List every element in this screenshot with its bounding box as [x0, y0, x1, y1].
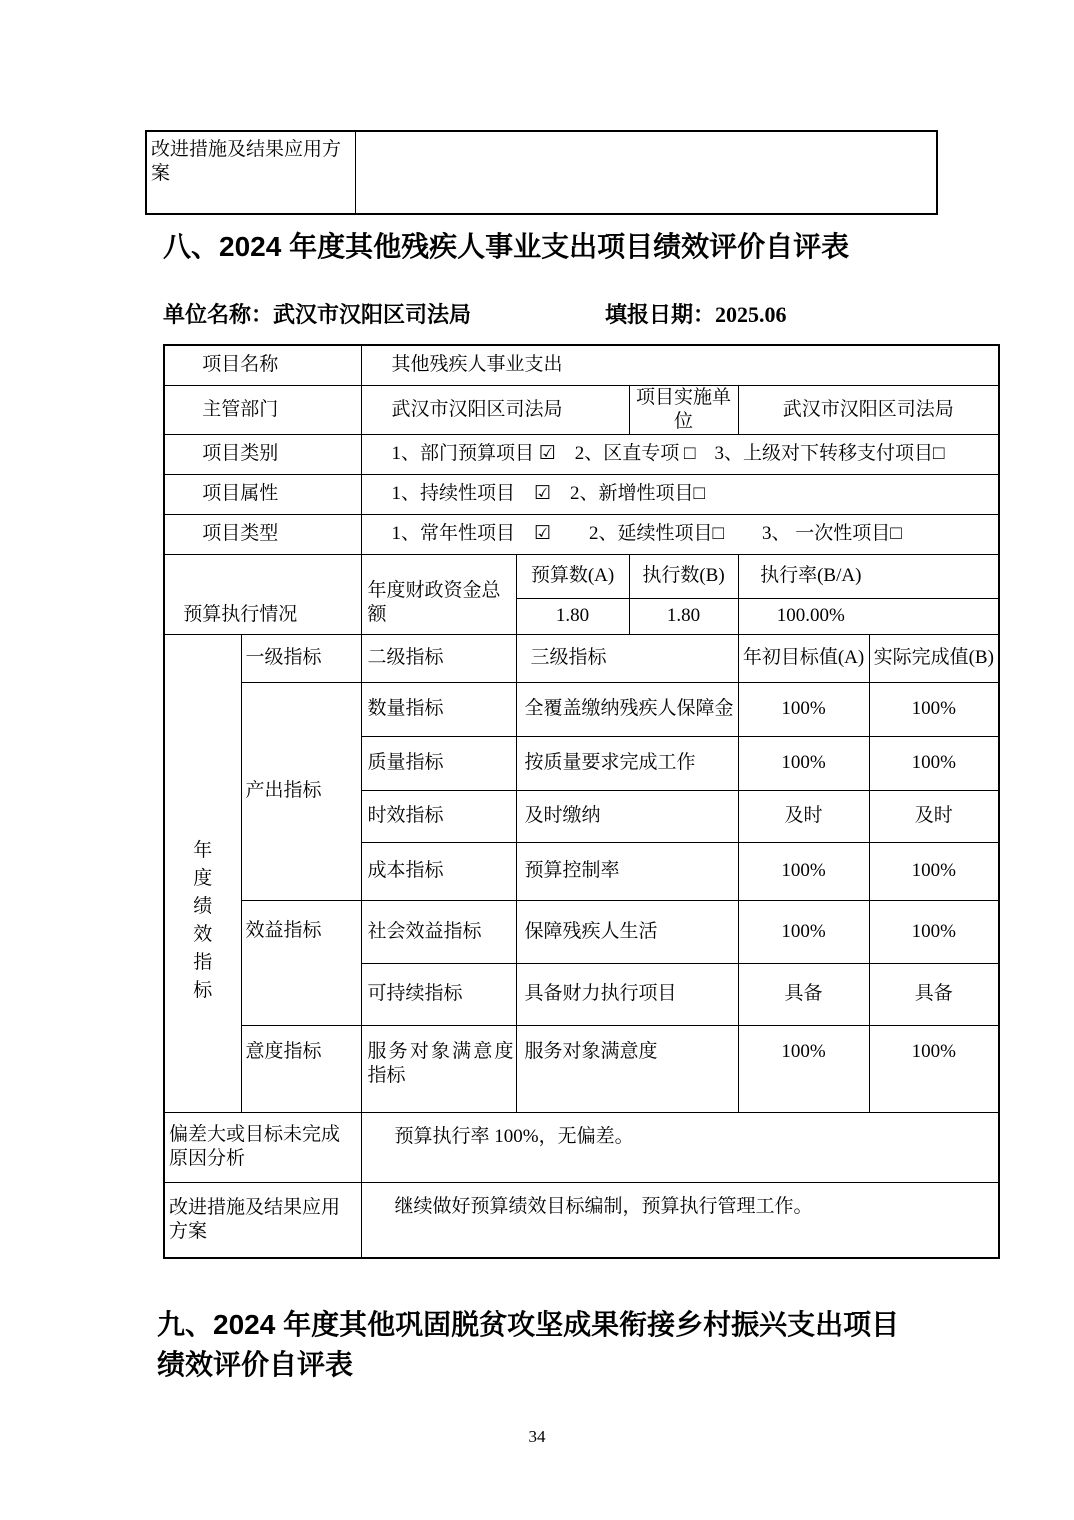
budget-value: 1.80 — [516, 598, 629, 634]
indicator-row: 效益指标 社会效益指标 保障残疾人生活 100% 100% — [164, 900, 999, 963]
impl-unit-value: 武汉市汉阳区司法局 — [738, 385, 999, 434]
row-attribute: 项目属性 1、持续性项目 ☑ 2、新增性项目□ — [164, 474, 999, 514]
evaluation-table: 项目名称 其他残疾人事业支出 主管部门 武汉市汉阳区司法局 项目实施单位 武汉市… — [163, 344, 1000, 1259]
impl-unit-label: 项目实施单位 — [629, 385, 738, 434]
indicator-target: 100% — [738, 736, 869, 790]
row-indicator-header: 年度绩效指标 一级指标 二级指标 三级指标 年初目标值(A) 实际完成值(B) — [164, 634, 999, 682]
budget-total-label: 年度财政资金总额 — [361, 554, 516, 634]
project-name-value: 其他残疾人事业支出 — [361, 345, 999, 385]
report-date: 填报日期：2025.06 — [605, 301, 787, 329]
indicator-l3: 保障残疾人生活 — [516, 900, 738, 963]
row-dept: 主管部门 武汉市汉阳区司法局 项目实施单位 武汉市汉阳区司法局 — [164, 385, 999, 434]
indicator-target: 100% — [738, 900, 869, 963]
improvement-label-prev: 改进措施及结果应用方案 — [146, 131, 356, 214]
indicator-l2: 数量指标 — [361, 682, 516, 736]
improvement-value: 继续做好预算绩效目标编制，预算执行管理工作。 — [361, 1182, 999, 1258]
improvement-label: 改进措施及结果应用方案 — [164, 1182, 361, 1258]
group-satisfaction: 意度指标 — [241, 1025, 361, 1112]
row-project-name: 项目名称 其他残疾人事业支出 — [164, 345, 999, 385]
indicator-row: 产出指标 数量指标 全覆盖缴纳残疾人保障金 100% 100% — [164, 682, 999, 736]
indicator-actual: 具备 — [869, 963, 999, 1025]
attribute-label: 项目属性 — [164, 474, 361, 514]
section-heading-9: 九、2024 年度其他巩固脱贫攻坚成果衔接乡村振兴支出项目 绩效评价自评表 — [157, 1305, 957, 1385]
indicator-actual: 100% — [869, 1025, 999, 1112]
indicator-actual: 100% — [869, 842, 999, 900]
target-header: 年初目标值(A) — [738, 634, 869, 682]
indicator-actual: 100% — [869, 736, 999, 790]
indicator-target: 及时 — [738, 790, 869, 842]
page-number: 34 — [0, 1427, 1074, 1447]
group-benefit: 效益指标 — [241, 900, 361, 1025]
indicator-actual: 100% — [869, 682, 999, 736]
row-budget-header: 预算执行情况 年度财政资金总额 预算数(A) 执行数(B) 执行率(B/A) — [164, 554, 999, 598]
table-row: 改进措施及结果应用方案 — [146, 131, 937, 214]
indicator-l2: 质量指标 — [361, 736, 516, 790]
dept-value: 武汉市汉阳区司法局 — [361, 385, 629, 434]
group-output: 产出指标 — [241, 682, 361, 900]
indicator-target: 具备 — [738, 963, 869, 1025]
indicator-l3: 服务对象满意度 — [516, 1025, 738, 1112]
indicator-l2: 时效指标 — [361, 790, 516, 842]
indicator-row: 意度指标 服务对象满意度指标 服务对象满意度 100% 100% — [164, 1025, 999, 1112]
indicator-actual: 及时 — [869, 790, 999, 842]
document-page: { "prev_table": { "label": "改进措施及结果应用方案"… — [0, 0, 1074, 1520]
row-improvement: 改进措施及结果应用方案 继续做好预算绩效目标编制，预算执行管理工作。 — [164, 1182, 999, 1258]
category-options: 1、部门预算项目 ☑ 2、区直专项 □ 3、上级对下转移支付项目□ — [361, 434, 999, 474]
indicator-l3: 及时缴纳 — [516, 790, 738, 842]
deviation-label: 偏差大或目标未完成原因分析 — [164, 1112, 361, 1182]
level2-header: 二级指标 — [361, 634, 516, 682]
rate-col-header: 执行率(B/A) — [738, 554, 999, 598]
actual-header: 实际完成值(B) — [869, 634, 999, 682]
indicator-l2: 成本指标 — [361, 842, 516, 900]
indicator-l3: 具备财力执行项目 — [516, 963, 738, 1025]
rate-value: 100.00% — [738, 598, 999, 634]
attribute-options: 1、持续性项目 ☑ 2、新增性项目□ — [361, 474, 999, 514]
indicator-target: 100% — [738, 842, 869, 900]
row-deviation: 偏差大或目标未完成原因分析 预算执行率 100%，无偏差。 — [164, 1112, 999, 1182]
indicator-l3: 预算控制率 — [516, 842, 738, 900]
budget-label: 预算执行情况 — [164, 554, 361, 634]
row-type: 项目类型 1、常年性项目 ☑ 2、延续性项目□ 3、 一次性项目□ — [164, 514, 999, 554]
annual-indicator-side-label: 年度绩效指标 — [164, 634, 241, 1112]
unit-date-line: 单位名称：武汉市汉阳区司法局 填报日期：2025.06 — [163, 301, 1074, 329]
indicator-actual: 100% — [869, 900, 999, 963]
row-category: 项目类别 1、部门预算项目 ☑ 2、区直专项 □ 3、上级对下转移支付项目□ — [164, 434, 999, 474]
type-options: 1、常年性项目 ☑ 2、延续性项目□ 3、 一次性项目□ — [361, 514, 999, 554]
indicator-l3: 按质量要求完成工作 — [516, 736, 738, 790]
previous-table-fragment: 改进措施及结果应用方案 — [145, 130, 938, 215]
indicator-l3: 全覆盖缴纳残疾人保障金 — [516, 682, 738, 736]
improvement-value-prev — [356, 131, 938, 214]
exec-col-header: 执行数(B) — [629, 554, 738, 598]
level1-header: 一级指标 — [241, 634, 361, 682]
category-label: 项目类别 — [164, 434, 361, 474]
section-heading-9-line1: 九、2024 年度其他巩固脱贫攻坚成果衔接乡村振兴支出项目 — [157, 1305, 957, 1345]
indicator-target: 100% — [738, 682, 869, 736]
type-label: 项目类型 — [164, 514, 361, 554]
exec-value: 1.80 — [629, 598, 738, 634]
indicator-l2: 服务对象满意度指标 — [361, 1025, 516, 1112]
indicator-l2: 可持续指标 — [361, 963, 516, 1025]
indicator-target: 100% — [738, 1025, 869, 1112]
deviation-value: 预算执行率 100%，无偏差。 — [361, 1112, 999, 1182]
section-heading-9-line2: 绩效评价自评表 — [157, 1345, 957, 1385]
dept-label: 主管部门 — [164, 385, 361, 434]
indicator-l2: 社会效益指标 — [361, 900, 516, 963]
project-name-label: 项目名称 — [164, 345, 361, 385]
budget-col-header: 预算数(A) — [516, 554, 629, 598]
level3-header: 三级指标 — [516, 634, 738, 682]
unit-name: 单位名称：武汉市汉阳区司法局 — [163, 302, 471, 327]
section-heading-8: 八、2024 年度其他残疾人事业支出项目绩效评价自评表 — [163, 231, 1074, 263]
